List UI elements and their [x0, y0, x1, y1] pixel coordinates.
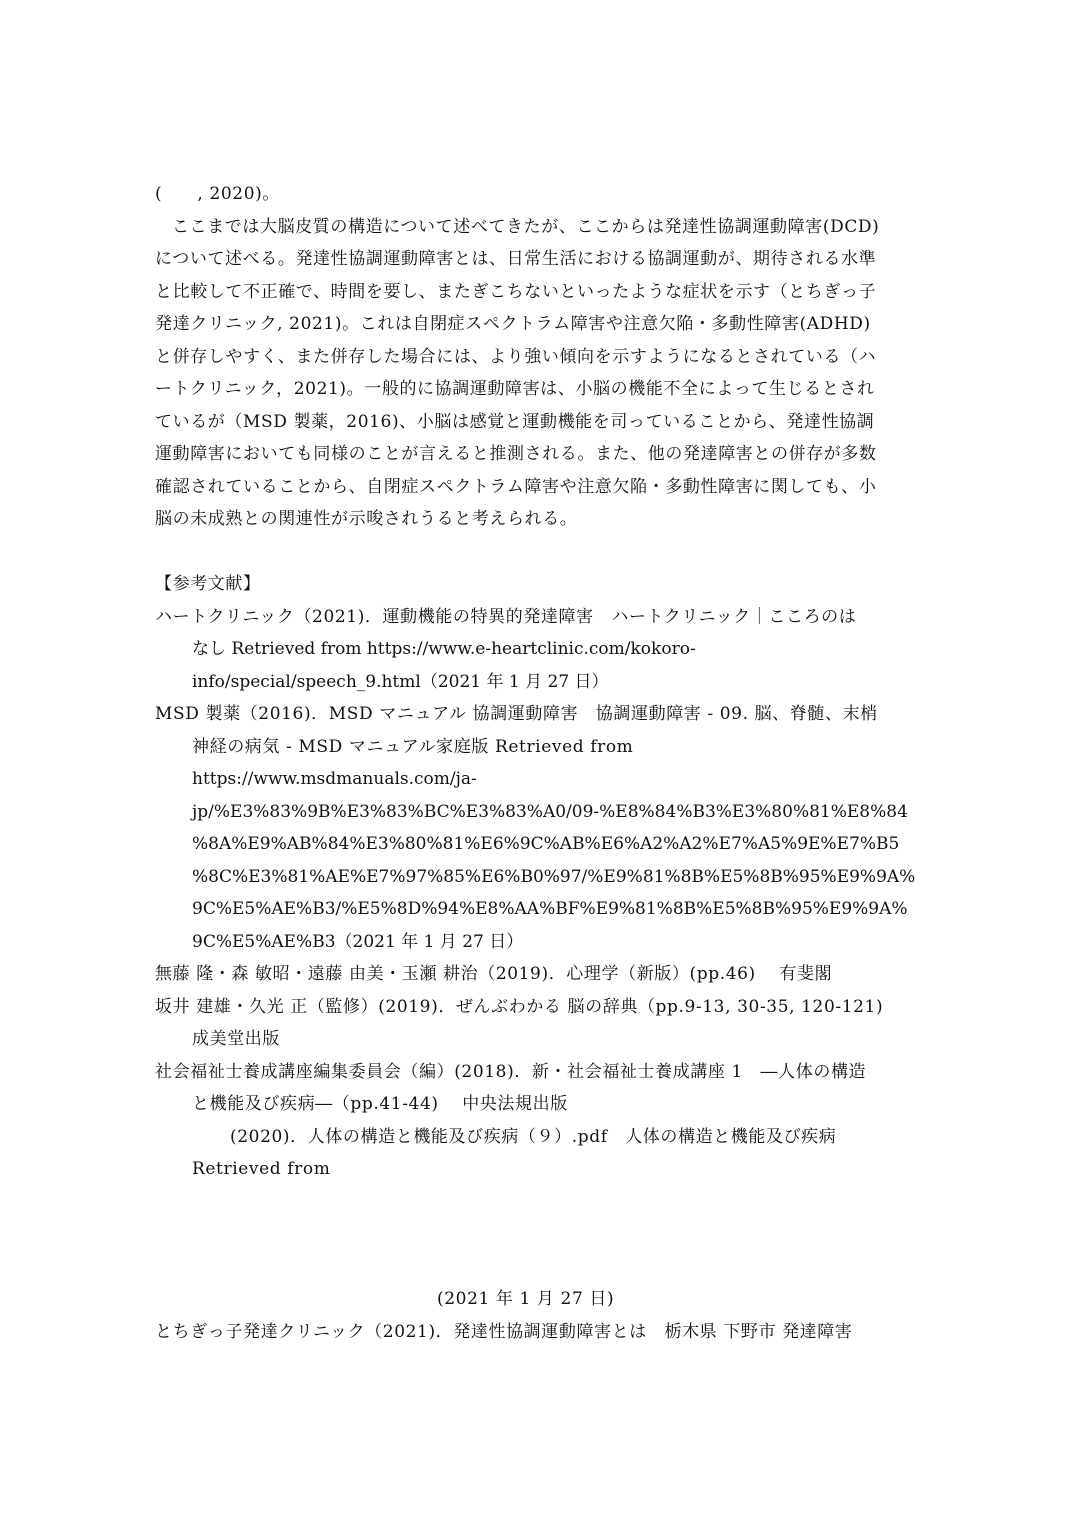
reference-entry-line: https://www.msdmanuals.com/ja- — [192, 768, 477, 790]
reference-entry-line: ハートクリニック（2021)．運動機能の特異的発達障害 ハートクリニック｜こころ… — [155, 606, 856, 628]
body-line: 発達クリニック, 2021)。これは自閉症スペクトラム障害や注意欠陥・多動性障害… — [155, 313, 871, 335]
body-line: 確認されていることから、自閉症スペクトラム障害や注意欠陥・多動性障害に関しても、… — [155, 476, 876, 498]
reference-entry-line: jp/%E3%83%9B%E3%83%BC%E3%83%A0/09-%E8%84… — [192, 801, 908, 823]
body-line: ( , 2020)。 — [155, 183, 280, 205]
reference-entry-line: 神経の病気 - MSD マニュアル家庭版 Retrieved from — [192, 736, 633, 758]
reference-entry-line: とちぎっ子発達クリニック（2021)．発達性協調運動障害とは 栃木県 下野市 発… — [155, 1321, 852, 1343]
reference-entry-line: Retrieved from — [192, 1158, 330, 1180]
body-line: と併存しやすく、また併存した場合には、より強い傾向を示すようになるとされている（… — [155, 346, 876, 368]
body-line: ートクリニック，2021)。一般的に協調運動障害は、小脳の機能不全によって生じる… — [155, 378, 875, 400]
body-line: ているが（MSD 製薬，2016)、小脳は感覚と運動機能を司っていることから、発… — [155, 411, 874, 433]
references-heading: 【参考文献】 — [155, 573, 261, 595]
reference-entry-line: (2020)．人体の構造と機能及び疾病（９）.pdf 人体の構造と機能及び疾病 — [230, 1126, 836, 1148]
body-line: と比較して不正確で、時間を要し、またぎこちないといったような症状を示す（とちぎっ… — [155, 281, 876, 303]
reference-entry-line: と機能及び疾病―（pp.41-44) 中央法規出版 — [192, 1093, 568, 1115]
reference-entry-line: (2021 年 1 月 27 日) — [437, 1288, 614, 1310]
reference-entry-line: なし Retrieved from https://www.e-heartcli… — [192, 638, 696, 660]
document-page: ( , 2020)。 ここまでは大脳皮質の構造について述べてきたが、ここからは発… — [0, 0, 1076, 1522]
body-line: について述べる。発達性協調運動障害とは、日常生活における協調運動が、期待される水… — [155, 248, 876, 270]
reference-entry-line: %8C%E3%81%AE%E7%97%85%E6%B0%97/%E9%81%8B… — [192, 866, 915, 888]
reference-entry-line: 9C%E5%AE%B3（2021 年 1 月 27 日） — [192, 931, 523, 953]
body-line: 脳の未成熟との関連性が示唆されうると考えられる。 — [155, 508, 577, 530]
reference-entry-line: 坂井 建雄・久光 正（監修）(2019)．ぜんぶわかる 脳の辞典（pp.9-13… — [155, 996, 883, 1018]
body-line: ここまでは大脳皮質の構造について述べてきたが、ここからは発達性協調運動障害(DC… — [172, 216, 879, 238]
reference-entry-line: MSD 製薬（2016)．MSD マニュアル 協調運動障害 協調運動障害 - 0… — [155, 703, 878, 725]
reference-entry-line: info/special/speech_9.html（2021 年 1 月 27… — [192, 671, 609, 693]
reference-entry-line: 無藤 隆・森 敏昭・遠藤 由美・玉瀬 耕治（2019)．心理学（新版）(pp.4… — [155, 963, 832, 985]
reference-entry-line: 成美堂出版 — [192, 1028, 280, 1050]
reference-entry-line: 9C%E5%AE%B3/%E5%8D%94%E8%AA%BF%E9%81%8B%… — [192, 898, 908, 920]
reference-entry-line: 社会福祉士養成講座編集委員会（編）(2018)．新・社会福祉士養成講座 1 ―人… — [155, 1061, 866, 1083]
reference-entry-line: %8A%E9%AB%84%E3%80%81%E6%9C%AB%E6%A2%A2%… — [192, 833, 899, 855]
body-line: 運動障害においても同様のことが言えると推測される。また、他の発達障害との併存が多… — [155, 443, 877, 465]
